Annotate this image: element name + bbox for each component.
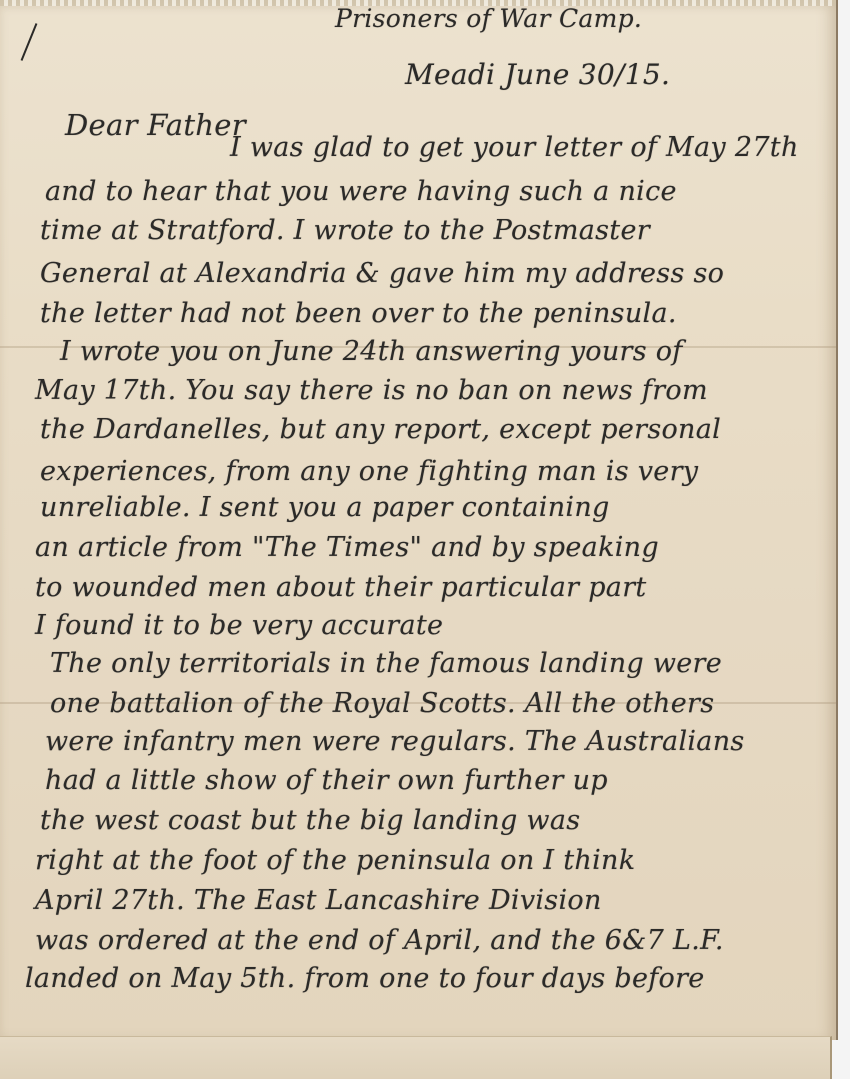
letter-line: landed on May 5th. from one to four days… [25, 963, 705, 994]
salutation: Dear Father [65, 108, 246, 142]
letter-line: to wounded men about their particular pa… [35, 572, 647, 603]
letter-line: I found it to be very accurate [35, 610, 443, 641]
letter-page: Prisoners of War Camp. Meadi June 30/15.… [0, 0, 838, 1040]
letter-line: one battalion of the Royal Scotts. All t… [50, 688, 714, 719]
letter-line: the west coast but the big landing was [40, 805, 580, 836]
letter-line: were infantry men were regulars. The Aus… [45, 726, 745, 757]
letter-line: The only territorials in the famous land… [50, 648, 722, 679]
margin-mark [21, 23, 38, 61]
letter-line: the Dardanelles, but any report, except … [40, 414, 721, 445]
letter-line: General at Alexandria & gave him my addr… [40, 258, 724, 289]
header-camp: Prisoners of War Camp. [335, 4, 642, 33]
letter-line: was ordered at the end of April, and the… [35, 925, 724, 956]
letter-line: May 17th. You say there is no ban on new… [35, 375, 708, 406]
letter-line: right at the foot of the peninsula on I … [35, 845, 635, 876]
letter-line: the letter had not been over to the peni… [40, 298, 677, 329]
letter-line: and to hear that you were having such a … [45, 176, 677, 207]
letter-line: unreliable. I sent you a paper containin… [40, 492, 610, 523]
letter-line: I was glad to get your letter of May 27t… [230, 132, 799, 163]
letter-line: I wrote you on June 24th answering yours… [60, 336, 683, 367]
letter-line: experiences, from any one fighting man i… [40, 456, 698, 487]
letter-line: time at Stratford. I wrote to the Postma… [40, 215, 650, 246]
lower-folded-strip [0, 1036, 832, 1079]
letter-line: an article from "The Times" and by speak… [35, 532, 659, 563]
letter-line: April 27th. The East Lancashire Division [35, 885, 602, 916]
header-date: Meadi June 30/15. [405, 58, 670, 91]
letter-line: had a little show of their own further u… [45, 765, 608, 796]
